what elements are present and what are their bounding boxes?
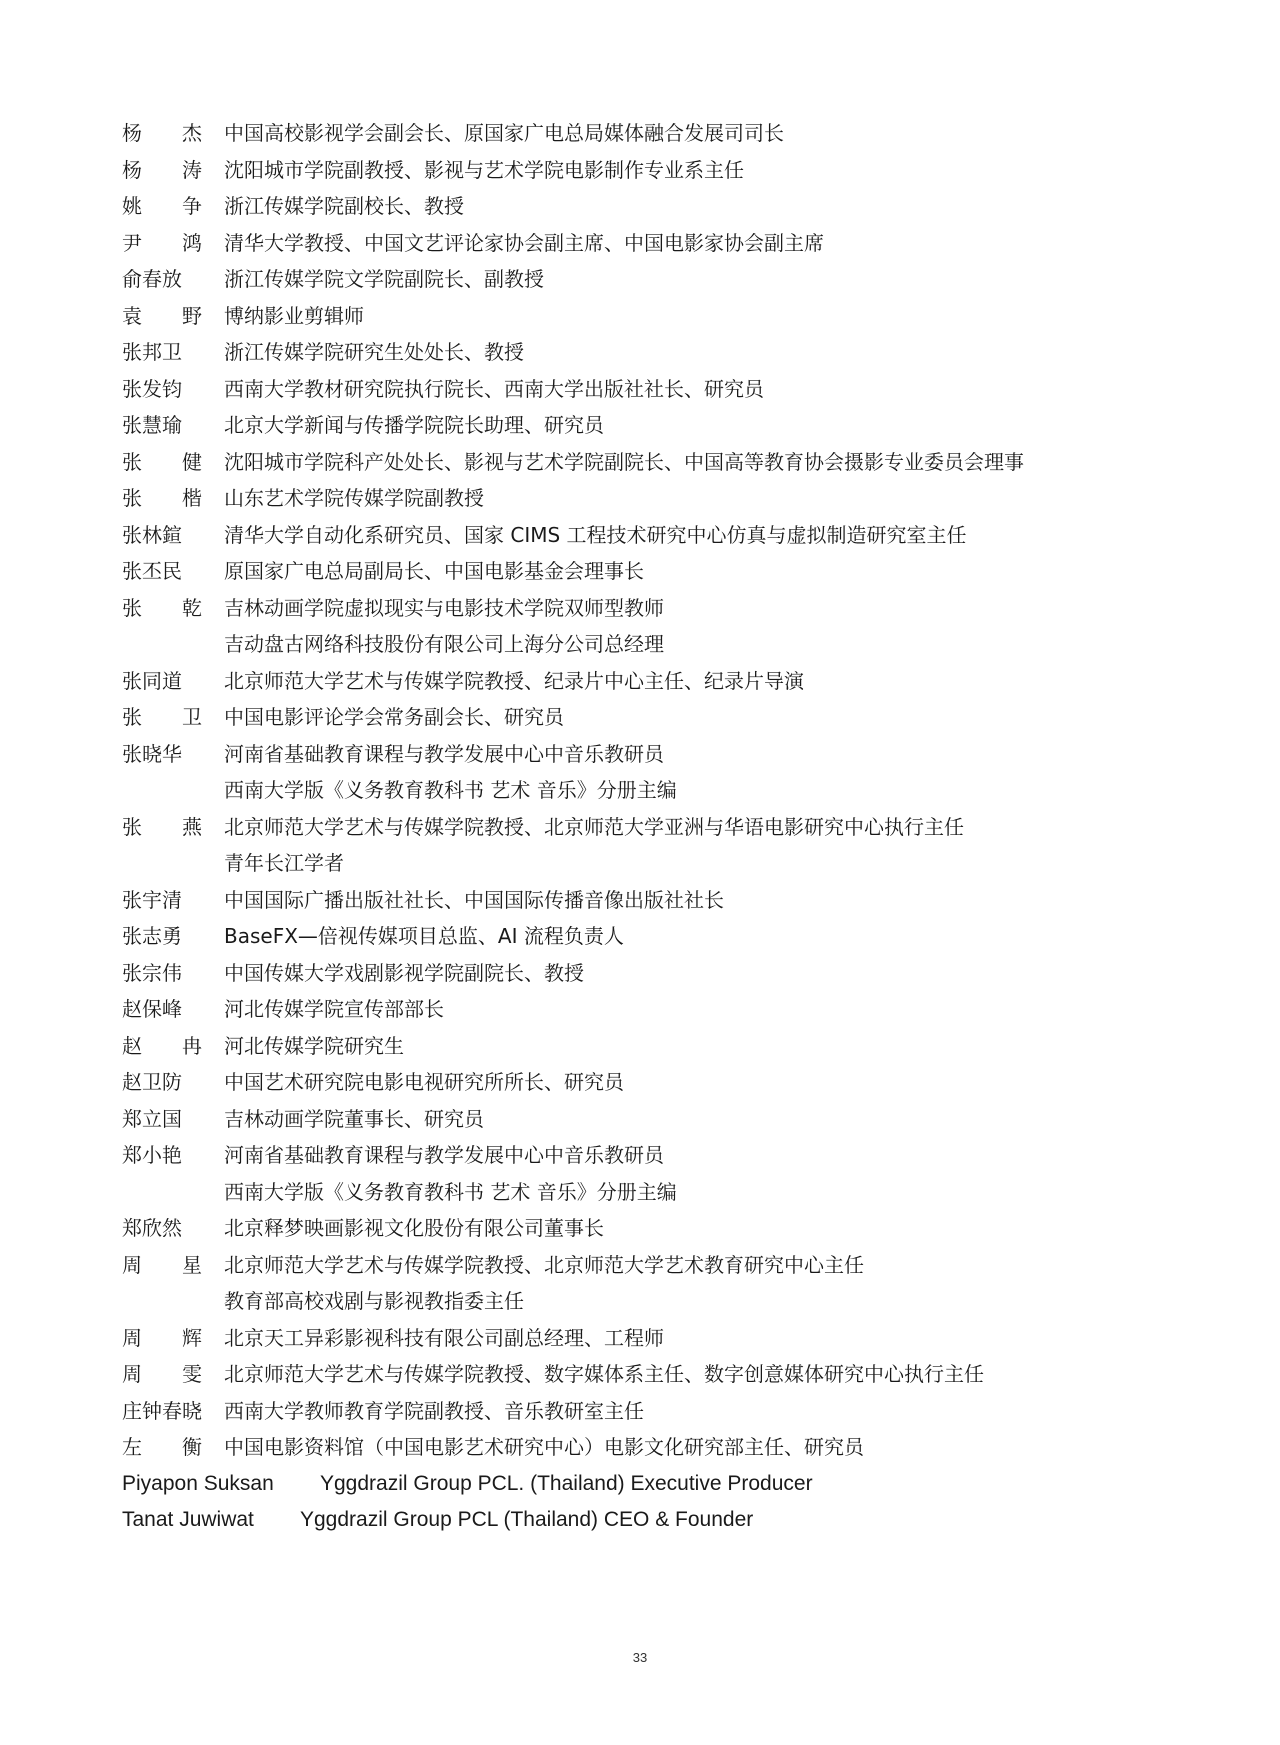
person-name: 张丕民 xyxy=(122,553,224,590)
person-name: 赵保峰 xyxy=(122,991,224,1028)
person-name: 姚争 xyxy=(122,188,224,225)
person-title: 中国电影评论学会常务副会长、研究员 xyxy=(224,699,564,736)
person-name: 尹鸿 xyxy=(122,225,224,262)
person-title: 北京师范大学艺术与传媒学院教授、纪录片中心主任、纪录片导演 xyxy=(224,663,804,700)
person-name: 张慧瑜 xyxy=(122,407,224,444)
list-item: 赵保峰河北传媒学院宣传部部长 xyxy=(122,991,1122,1028)
person-name: Piyapon Suksan xyxy=(122,1466,320,1503)
person-title: 北京天工异彩影视科技有限公司副总经理、工程师 xyxy=(224,1320,664,1357)
list-item: Tanat JuwiwatYggdrazil Group PCL (Thaila… xyxy=(122,1502,1122,1539)
person-title: 西南大学版《义务教育教科书 艺术 音乐》分册主编 xyxy=(224,772,677,809)
person-title: 沈阳城市学院副教授、影视与艺术学院电影制作专业系主任 xyxy=(224,152,744,189)
person-name: 张发钧 xyxy=(122,371,224,408)
person-title: 沈阳城市学院科产处处长、影视与艺术学院副院长、中国高等教育协会摄影专业委员会理事 xyxy=(224,444,1024,481)
person-title: Yggdrazil Group PCL. (Thailand) Executiv… xyxy=(320,1466,813,1503)
list-item: 杨涛沈阳城市学院副教授、影视与艺术学院电影制作专业系主任 xyxy=(122,152,1122,189)
list-item: 周星北京师范大学艺术与传媒学院教授、北京师范大学艺术教育研究中心主任 xyxy=(122,1247,1122,1284)
person-name: 左衡 xyxy=(122,1429,224,1466)
list-item: 庄钟春晓西南大学教师教育学院副教授、音乐教研室主任 xyxy=(122,1393,1122,1430)
person-title: 中国传媒大学戏剧影视学院副院长、教授 xyxy=(224,955,584,992)
list-item: 张慧瑜北京大学新闻与传播学院院长助理、研究员 xyxy=(122,407,1122,444)
person-title: 中国电影资料馆（中国电影艺术研究中心）电影文化研究部主任、研究员 xyxy=(224,1429,864,1466)
person-title: 教育部高校戏剧与影视教指委主任 xyxy=(224,1283,524,1320)
person-title: 北京师范大学艺术与传媒学院教授、数字媒体系主任、数字创意媒体研究中心执行主任 xyxy=(224,1356,984,1393)
person-title: 西南大学教材研究院执行院长、西南大学出版社社长、研究员 xyxy=(224,371,764,408)
person-title: 中国高校影视学会副会长、原国家广电总局媒体融合发展司司长 xyxy=(224,115,784,152)
list-item-continuation: 张晓华西南大学版《义务教育教科书 艺术 音乐》分册主编 xyxy=(122,772,1122,809)
person-title: 吉林动画学院虚拟现实与电影技术学院双师型教师 xyxy=(224,590,664,627)
person-name: 俞春放 xyxy=(122,261,224,298)
list-item: 张乾吉林动画学院虚拟现实与电影技术学院双师型教师 xyxy=(122,590,1122,627)
person-name: 郑欣然 xyxy=(122,1210,224,1247)
list-item: 袁野博纳影业剪辑师 xyxy=(122,298,1122,335)
list-item-continuation: 张乾吉动盘古网络科技股份有限公司上海分公司总经理 xyxy=(122,626,1122,663)
person-title: 北京释梦映画影视文化股份有限公司董事长 xyxy=(224,1210,604,1247)
list-item: 俞春放浙江传媒学院文学院副院长、副教授 xyxy=(122,261,1122,298)
list-item: 张健沈阳城市学院科产处处长、影视与艺术学院副院长、中国高等教育协会摄影专业委员会… xyxy=(122,444,1122,481)
person-title: 原国家广电总局副局长、中国电影基金会理事长 xyxy=(224,553,644,590)
person-name: 张邦卫 xyxy=(122,334,224,371)
person-title: 北京大学新闻与传播学院院长助理、研究员 xyxy=(224,407,604,444)
list-item-continuation: 周星教育部高校戏剧与影视教指委主任 xyxy=(122,1283,1122,1320)
person-name: 张林鍹 xyxy=(122,517,224,554)
list-item-continuation: 张燕青年长江学者 xyxy=(122,845,1122,882)
person-title: 河南省基础教育课程与教学发展中心中音乐教研员 xyxy=(224,1137,664,1174)
list-item: 郑欣然北京释梦映画影视文化股份有限公司董事长 xyxy=(122,1210,1122,1247)
person-name: 杨杰 xyxy=(122,115,224,152)
list-item: 张楷山东艺术学院传媒学院副教授 xyxy=(122,480,1122,517)
person-title: 中国艺术研究院电影电视研究所所长、研究员 xyxy=(224,1064,624,1101)
list-item: 张邦卫浙江传媒学院研究生处处长、教授 xyxy=(122,334,1122,371)
person-name: Tanat Juwiwat xyxy=(122,1502,300,1539)
list-item: 张宇清中国国际广播出版社社长、中国国际传播音像出版社社长 xyxy=(122,882,1122,919)
list-item: 周雯北京师范大学艺术与传媒学院教授、数字媒体系主任、数字创意媒体研究中心执行主任 xyxy=(122,1356,1122,1393)
person-name: 赵冉 xyxy=(122,1028,224,1065)
person-title: BaseFX—倍视传媒项目总监、AI 流程负责人 xyxy=(224,918,624,955)
person-name: 袁野 xyxy=(122,298,224,335)
person-name: 周辉 xyxy=(122,1320,224,1357)
person-name: 张乾 xyxy=(122,590,224,627)
person-title: 浙江传媒学院研究生处处长、教授 xyxy=(224,334,524,371)
person-title: 河北传媒学院研究生 xyxy=(224,1028,404,1065)
person-title: 西南大学教师教育学院副教授、音乐教研室主任 xyxy=(224,1393,644,1430)
person-title: 吉林动画学院董事长、研究员 xyxy=(224,1101,484,1138)
person-name: 张健 xyxy=(122,444,224,481)
list-item: Piyapon SuksanYggdrazil Group PCL. (Thai… xyxy=(122,1466,1122,1503)
person-title: 北京师范大学艺术与传媒学院教授、北京师范大学艺术教育研究中心主任 xyxy=(224,1247,864,1284)
person-name: 张楷 xyxy=(122,480,224,517)
person-title: 吉动盘古网络科技股份有限公司上海分公司总经理 xyxy=(224,626,664,663)
person-title: 河北传媒学院宣传部部长 xyxy=(224,991,444,1028)
list-item: 张林鍹清华大学自动化系研究员、国家 CIMS 工程技术研究中心仿真与虚拟制造研究… xyxy=(122,517,1122,554)
person-title: 博纳影业剪辑师 xyxy=(224,298,364,335)
person-title: 浙江传媒学院文学院副院长、副教授 xyxy=(224,261,544,298)
person-name: 张宇清 xyxy=(122,882,224,919)
page-number: 33 xyxy=(0,1650,1280,1665)
list-item: 张同道北京师范大学艺术与传媒学院教授、纪录片中心主任、纪录片导演 xyxy=(122,663,1122,700)
person-title: 中国国际广播出版社社长、中国国际传播音像出版社社长 xyxy=(224,882,724,919)
list-item: 张晓华河南省基础教育课程与教学发展中心中音乐教研员 xyxy=(122,736,1122,773)
person-name: 周星 xyxy=(122,1247,224,1284)
person-title: 西南大学版《义务教育教科书 艺术 音乐》分册主编 xyxy=(224,1174,677,1211)
list-item: 赵卫防中国艺术研究院电影电视研究所所长、研究员 xyxy=(122,1064,1122,1101)
list-item: 郑小艳河南省基础教育课程与教学发展中心中音乐教研员 xyxy=(122,1137,1122,1174)
person-name: 杨涛 xyxy=(122,152,224,189)
list-item: 张志勇BaseFX—倍视传媒项目总监、AI 流程负责人 xyxy=(122,918,1122,955)
list-item: 姚争浙江传媒学院副校长、教授 xyxy=(122,188,1122,225)
list-item-continuation: 郑小艳西南大学版《义务教育教科书 艺术 音乐》分册主编 xyxy=(122,1174,1122,1211)
list-item: 张卫中国电影评论学会常务副会长、研究员 xyxy=(122,699,1122,736)
list-item: 赵冉河北传媒学院研究生 xyxy=(122,1028,1122,1065)
person-name: 张志勇 xyxy=(122,918,224,955)
person-name: 郑立国 xyxy=(122,1101,224,1138)
person-name: 赵卫防 xyxy=(122,1064,224,1101)
person-title: 清华大学自动化系研究员、国家 CIMS 工程技术研究中心仿真与虚拟制造研究室主任 xyxy=(224,517,967,554)
list-item: 张燕北京师范大学艺术与传媒学院教授、北京师范大学亚洲与华语电影研究中心执行主任 xyxy=(122,809,1122,846)
person-title: 山东艺术学院传媒学院副教授 xyxy=(224,480,484,517)
member-list: 杨杰中国高校影视学会副会长、原国家广电总局媒体融合发展司司长杨涛沈阳城市学院副教… xyxy=(122,115,1122,1539)
person-name: 张宗伟 xyxy=(122,955,224,992)
list-item: 张宗伟中国传媒大学戏剧影视学院副院长、教授 xyxy=(122,955,1122,992)
person-name: 张卫 xyxy=(122,699,224,736)
person-name: 张同道 xyxy=(122,663,224,700)
person-title: 青年长江学者 xyxy=(224,845,344,882)
person-name: 郑小艳 xyxy=(122,1137,224,1174)
list-item: 郑立国吉林动画学院董事长、研究员 xyxy=(122,1101,1122,1138)
person-name: 庄钟春晓 xyxy=(122,1393,224,1430)
person-title: 清华大学教授、中国文艺评论家协会副主席、中国电影家协会副主席 xyxy=(224,225,824,262)
person-title: 河南省基础教育课程与教学发展中心中音乐教研员 xyxy=(224,736,664,773)
list-item: 周辉北京天工异彩影视科技有限公司副总经理、工程师 xyxy=(122,1320,1122,1357)
person-name: 张晓华 xyxy=(122,736,224,773)
person-title: 浙江传媒学院副校长、教授 xyxy=(224,188,464,225)
list-item: 尹鸿清华大学教授、中国文艺评论家协会副主席、中国电影家协会副主席 xyxy=(122,225,1122,262)
list-item: 张丕民原国家广电总局副局长、中国电影基金会理事长 xyxy=(122,553,1122,590)
list-item: 左衡中国电影资料馆（中国电影艺术研究中心）电影文化研究部主任、研究员 xyxy=(122,1429,1122,1466)
person-name: 周雯 xyxy=(122,1356,224,1393)
list-item: 杨杰中国高校影视学会副会长、原国家广电总局媒体融合发展司司长 xyxy=(122,115,1122,152)
person-name: 张燕 xyxy=(122,809,224,846)
person-title: 北京师范大学艺术与传媒学院教授、北京师范大学亚洲与华语电影研究中心执行主任 xyxy=(224,809,964,846)
list-item: 张发钧西南大学教材研究院执行院长、西南大学出版社社长、研究员 xyxy=(122,371,1122,408)
person-title: Yggdrazil Group PCL (Thailand) CEO & Fou… xyxy=(300,1502,753,1539)
